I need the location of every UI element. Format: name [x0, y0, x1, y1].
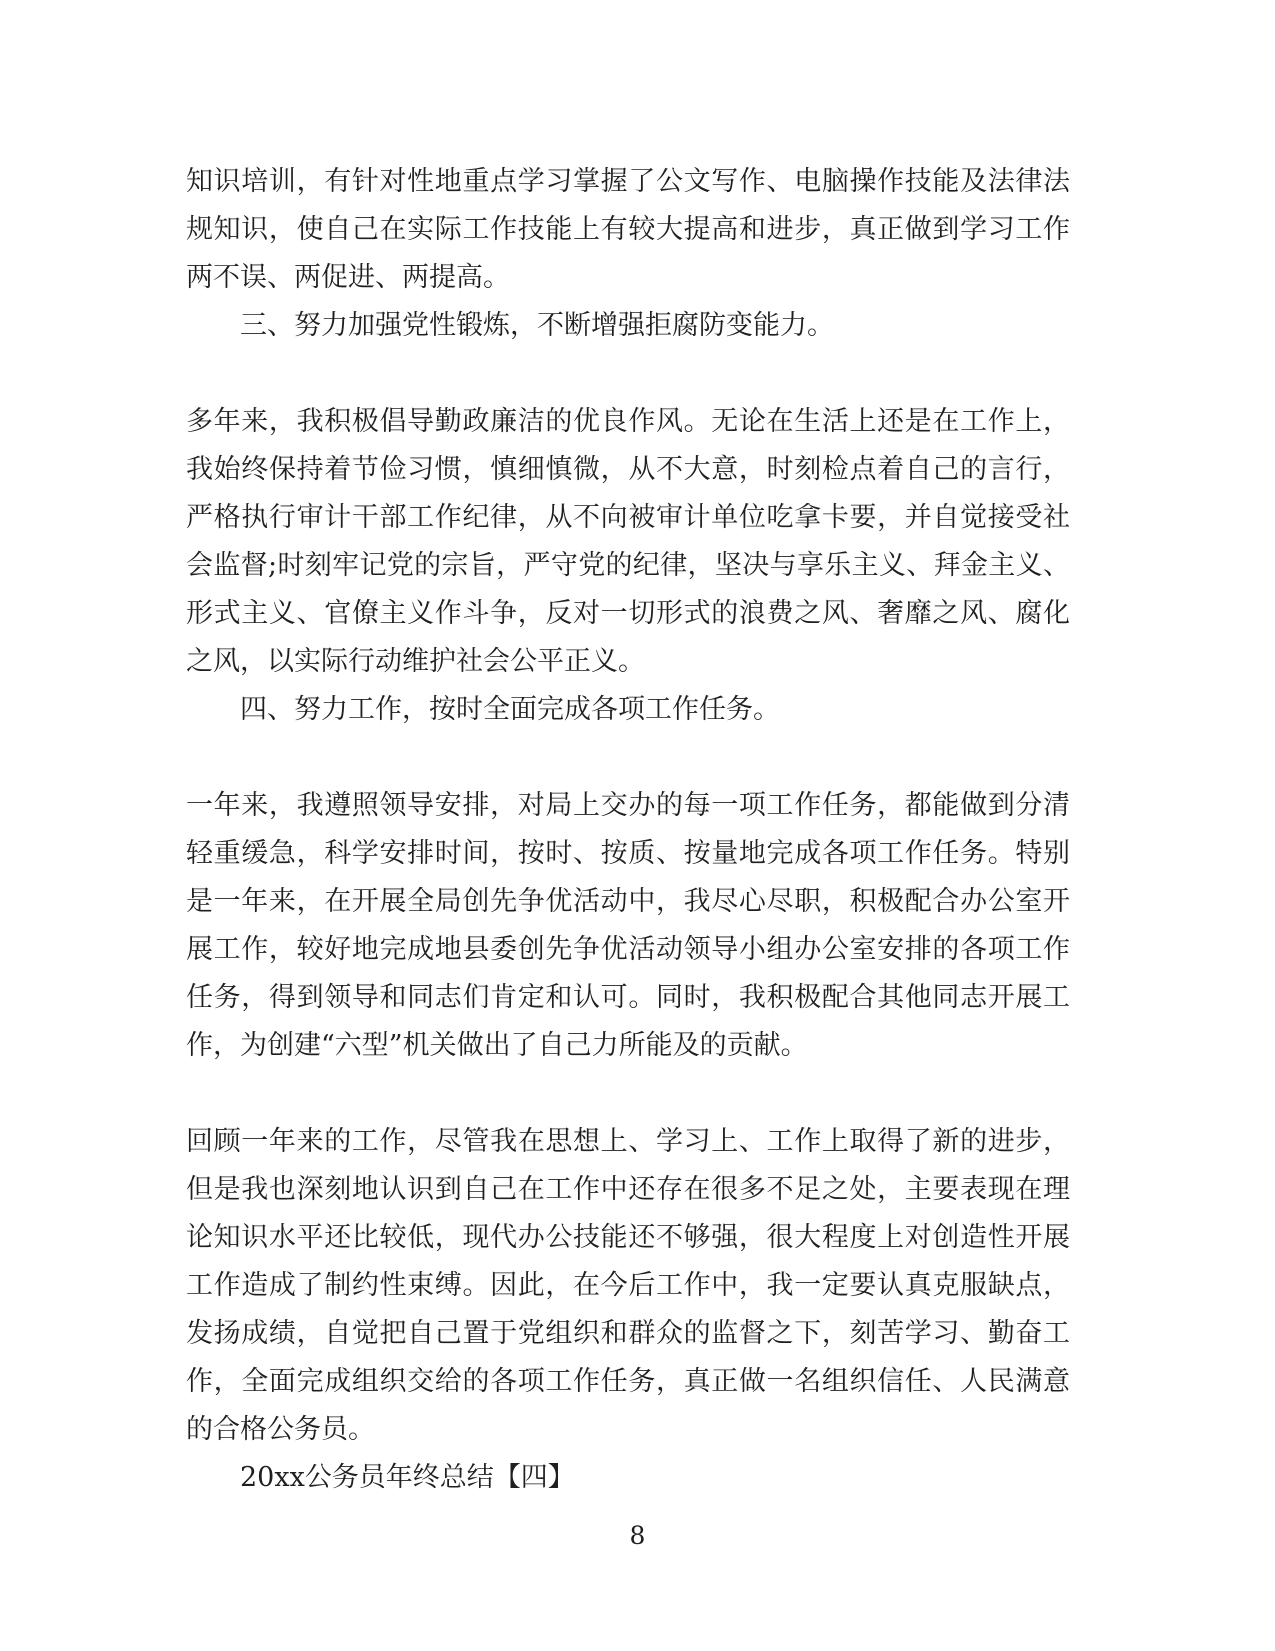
body-paragraph: 回顾一年来的工作，尽管我在思想上、学习上、工作上取得了新的进步，但是我也深刻地认…	[186, 1118, 1070, 1454]
page-number: 8	[0, 1512, 1275, 1560]
section-heading-three: 三、努力加强党性锻炼，不断增强拒腐防变能力。	[186, 302, 1070, 350]
section-heading-four: 四、努力工作，按时全面完成各项工作任务。	[186, 686, 1070, 734]
document-body: 知识培训，有针对性地重点学习掌握了公文写作、电脑操作技能及法律法规知识，使自己在…	[186, 158, 1070, 1502]
document-page: 知识培训，有针对性地重点学习掌握了公文写作、电脑操作技能及法律法规知识，使自己在…	[0, 0, 1275, 1651]
body-paragraph: 一年来，我遵照领导安排，对局上交办的每一项工作任务，都能做到分清轻重缓急，科学安…	[186, 782, 1070, 1070]
subsection-title: 20xx公务员年终总结【四】	[186, 1454, 1070, 1502]
paragraph-continuation: 知识培训，有针对性地重点学习掌握了公文写作、电脑操作技能及法律法规知识，使自己在…	[186, 158, 1070, 302]
body-paragraph: 多年来，我积极倡导勤政廉洁的优良作风。无论在生活上还是在工作上，我始终保持着节俭…	[186, 398, 1070, 686]
